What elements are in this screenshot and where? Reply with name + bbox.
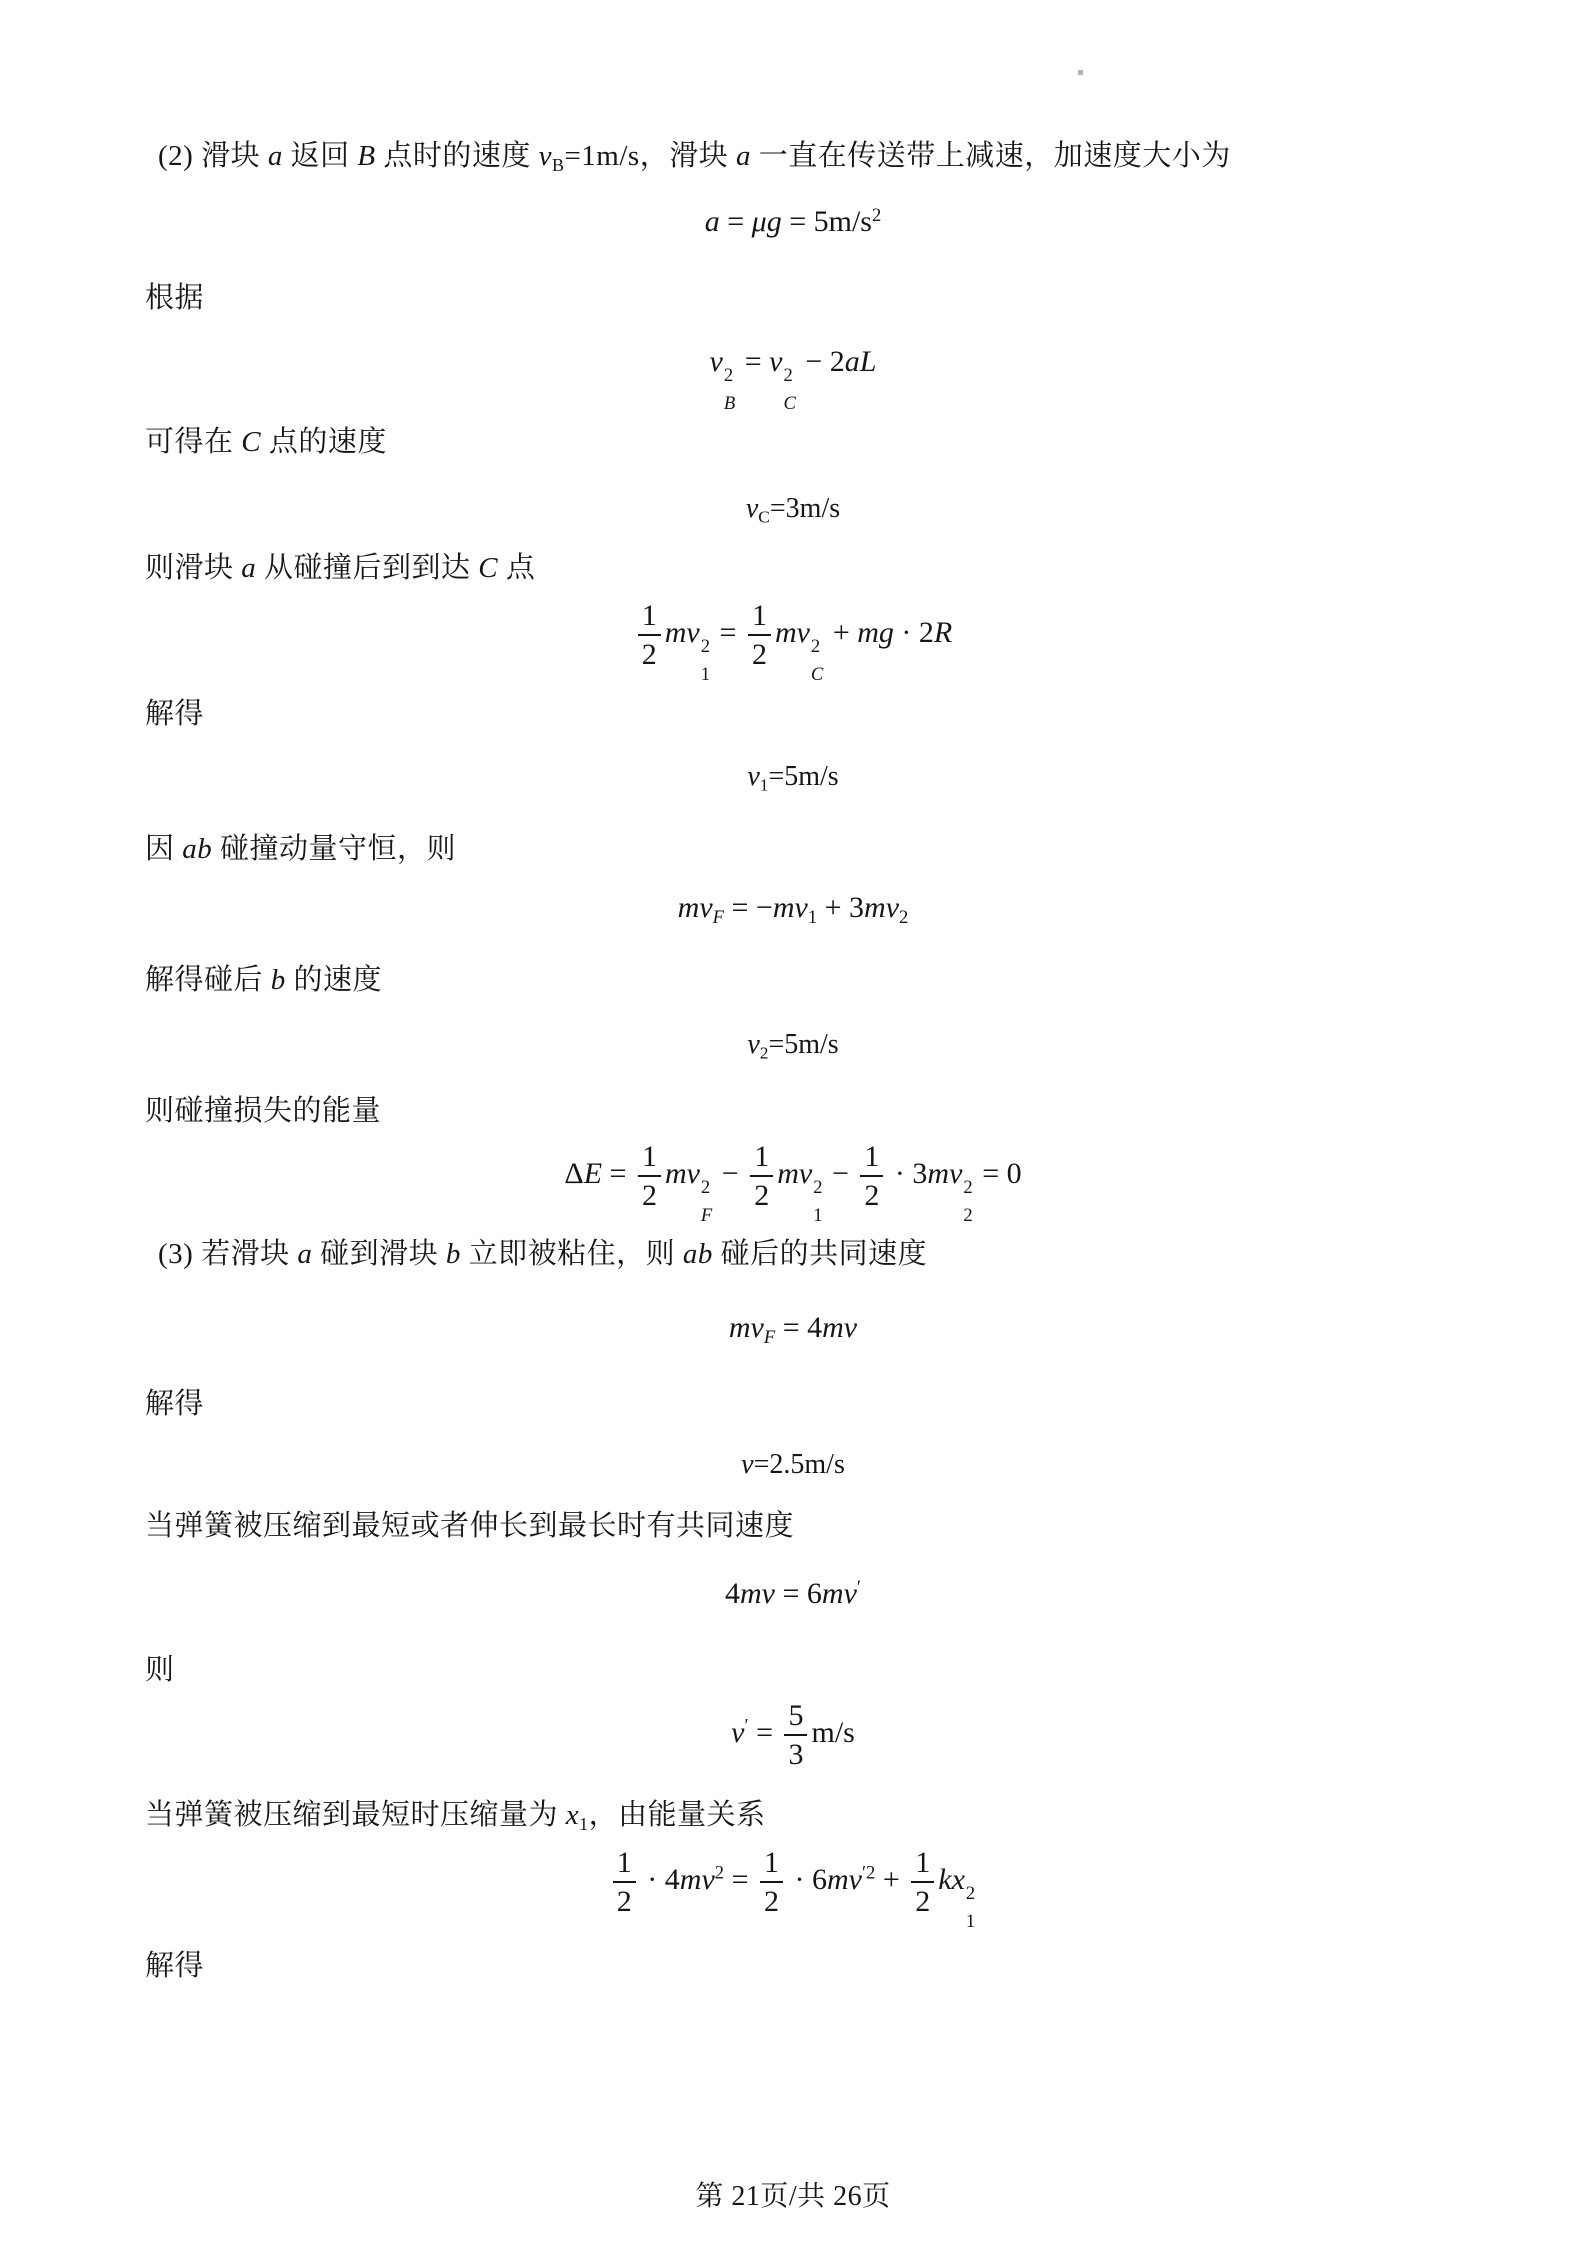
- formula-v2-value: v2=5m/s: [0, 1028, 1586, 1062]
- formula-spring-energy: 12 · 4mv2 = 12 · 6mv′2 + 12kx21: [0, 1846, 1586, 1932]
- formula-acceleration: a = μg = 5m/s2: [0, 204, 1586, 240]
- paragraph-spring-compression: 当弹簧被压缩到最短时压缩量为 x1，由能量关系: [145, 1797, 766, 1833]
- paragraph-slider-a-to-c: 则滑块 a 从碰撞后到到达 C 点: [145, 550, 535, 586]
- formula-delta-e: ΔE = 12mv2F − 12mv21 − 12 · 3mv22 = 0: [0, 1140, 1586, 1226]
- paragraph-energy-loss: 则碰撞损失的能量: [145, 1093, 381, 1129]
- formula-4mv-6mv: 4mv = 6mv′: [0, 1576, 1586, 1612]
- formula-momentum: mvF = −mv1 + 3mv2: [0, 890, 1586, 928]
- paragraph-ze: 则: [145, 1652, 175, 1688]
- formula-v-prime: v′ = 53m/s: [0, 1699, 1586, 1771]
- speck-artifact: [1078, 70, 1083, 75]
- paragraph-speed-of-b: 解得碰后 b 的速度: [145, 962, 382, 998]
- paragraph-jiede-1: 解得: [145, 696, 204, 732]
- paragraph-spring-common-speed: 当弹簧被压缩到最短或者伸长到最长时有共同速度: [145, 1508, 794, 1544]
- document-page: (2) 滑块 a 返回 B 点时的速度 vB=1m/s，滑块 a 一直在传送带上…: [0, 0, 1586, 2244]
- formula-v-value: v=2.5m/s: [0, 1448, 1586, 1482]
- formula-v1-value: v1=5m/s: [0, 760, 1586, 794]
- paragraph-part3-intro: (3) 若滑块 a 碰到滑块 b 立即被粘住，则 ab 碰后的共同速度: [158, 1236, 927, 1272]
- formula-vc-value: vC=3m/s: [0, 492, 1586, 526]
- paragraph-momentum-conserved: 因 ab 碰撞动量守恒，则: [145, 831, 456, 867]
- formula-stick-momentum: mvF = 4mv: [0, 1310, 1586, 1348]
- paragraph-genju: 根据: [145, 280, 204, 316]
- page-number: 第 21页/共 26页: [0, 2174, 1586, 2214]
- formula-energy-to-c: 12mv21 = 12mv2C + mg · 2R: [0, 599, 1586, 685]
- paragraph-jiede-2: 解得: [145, 1386, 204, 1422]
- paragraph-jiede-3: 解得: [145, 1948, 204, 1984]
- paragraph-speed-at-c: 可得在 C 点的速度: [145, 424, 387, 460]
- paragraph-part2-intro: (2) 滑块 a 返回 B 点时的速度 vB=1m/s，滑块 a 一直在传送带上…: [158, 138, 1231, 174]
- formula-kinematics-vb-vc: v2B = v2C − 2aL: [0, 344, 1586, 414]
